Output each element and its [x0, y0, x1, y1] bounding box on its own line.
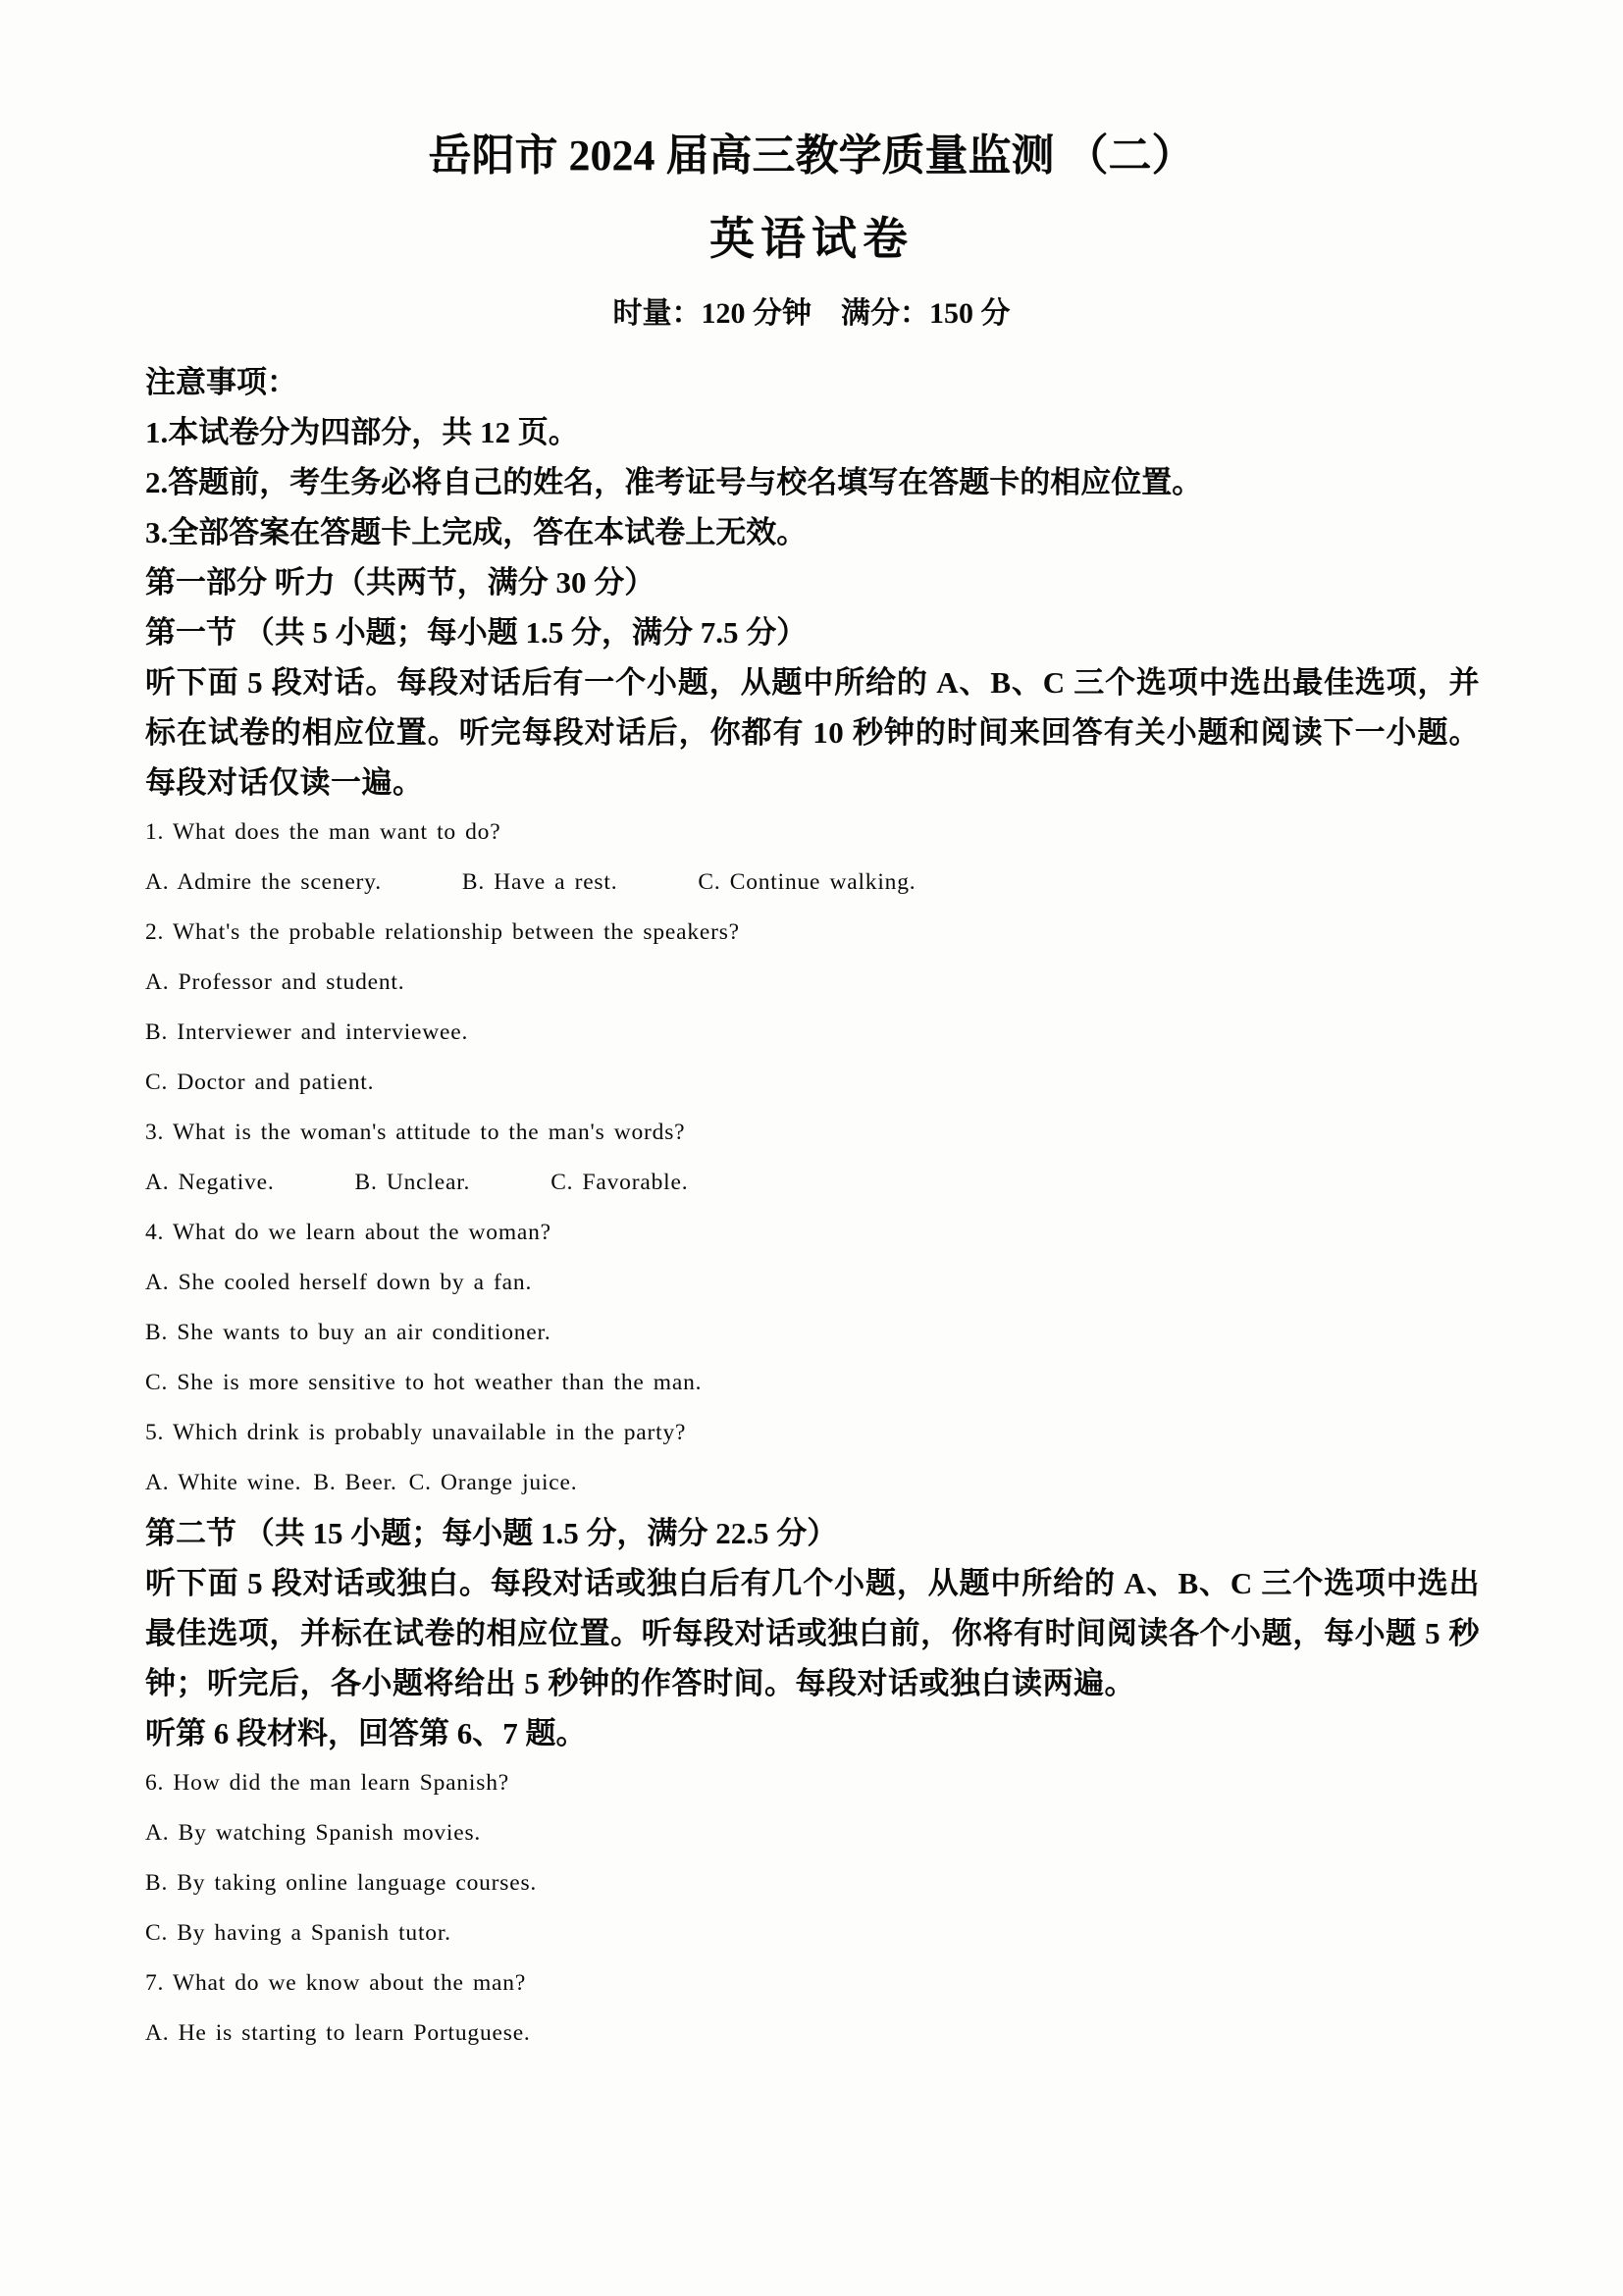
- section1-instructions: 听下面 5 段对话。每段对话后有一个小题，从题中所给的 A、B、C 三个选项中选…: [145, 657, 1480, 808]
- section2-questions: 6. How did the man learn Spanish?A. By w…: [145, 1758, 1480, 2059]
- exam-paper-page: 岳阳市 2024 届高三教学质量监测 （二） 英语试卷 时量：120 分钟 满分…: [0, 0, 1623, 2296]
- section2-material-note: 听第 6 段材料，回答第 6、7 题。: [145, 1708, 1480, 1758]
- answer-option: C. She is more sensitive to hot weather …: [145, 1358, 1480, 1408]
- question-text: 6. How did the man learn Spanish?: [145, 1758, 1480, 1808]
- page-title: 岳阳市 2024 届高三教学质量监测 （二）: [0, 128, 1623, 184]
- answer-option: B. By taking online language courses.: [145, 1858, 1480, 1908]
- page-subtitle: 英语试卷: [0, 212, 1623, 267]
- answer-option: B. Beer.: [313, 1458, 396, 1508]
- answer-option: B. Interviewer and interviewee.: [145, 1008, 1480, 1058]
- answer-option: B. She wants to buy an air conditioner.: [145, 1308, 1480, 1358]
- question-text: 1. What does the man want to do?: [145, 808, 1480, 858]
- notice-item-2: 2.答题前，考生务必将自己的姓名，准考证号与校名填写在答题卡的相应位置。: [145, 457, 1480, 507]
- notice-item-1: 1.本试卷分为四部分，共 12 页。: [145, 407, 1480, 457]
- question-text: 5. Which drink is probably unavailable i…: [145, 1408, 1480, 1458]
- exam-meta: 时量：120 分钟 满分：150 分: [0, 294, 1623, 334]
- answer-option: C. Favorable.: [550, 1158, 688, 1208]
- answer-option: C. By having a Spanish tutor.: [145, 1908, 1480, 1958]
- answer-option: C. Doctor and patient.: [145, 1058, 1480, 1108]
- question-text: 3. What is the woman's attitude to the m…: [145, 1108, 1480, 1158]
- question-text: 4. What do we learn about the woman?: [145, 1208, 1480, 1258]
- part1-heading: 第一部分 听力（共两节，满分 30 分）: [145, 557, 1480, 607]
- exam-body: 注意事项： 1.本试卷分为四部分，共 12 页。 2.答题前，考生务必将自己的姓…: [0, 357, 1623, 2059]
- section1-heading: 第一节 （共 5 小题；每小题 1.5 分，满分 7.5 分）: [145, 607, 1480, 657]
- answer-option: A. By watching Spanish movies.: [145, 1808, 1480, 1858]
- answer-option: A. White wine.: [145, 1458, 301, 1508]
- answer-option: A. He is starting to learn Portuguese.: [145, 2009, 1480, 2059]
- answer-option: A. Negative.: [145, 1158, 275, 1208]
- section2-instructions: 听下面 5 段对话或独白。每段对话或独白后有几个小题，从题中所给的 A、B、C …: [145, 1558, 1480, 1708]
- answer-option: B. Have a rest.: [462, 858, 618, 908]
- answer-option: A. Admire the scenery.: [145, 858, 382, 908]
- answer-option: A. She cooled herself down by a fan.: [145, 1258, 1480, 1308]
- section2-heading: 第二节 （共 15 小题；每小题 1.5 分，满分 22.5 分）: [145, 1508, 1480, 1558]
- notice-item-3: 3.全部答案在答题卡上完成，答在本试卷上无效。: [145, 507, 1480, 557]
- answer-option: C. Orange juice.: [409, 1458, 578, 1508]
- question-text: 2. What's the probable relationship betw…: [145, 908, 1480, 958]
- answer-option: A. Professor and student.: [145, 958, 1480, 1008]
- answer-options-row: A. White wine.B. Beer.C. Orange juice.: [145, 1458, 1480, 1508]
- section1-questions: 1. What does the man want to do?A. Admir…: [145, 808, 1480, 1508]
- answer-option: C. Continue walking.: [698, 858, 916, 908]
- answer-options-row: A. Admire the scenery.B. Have a rest.C. …: [145, 858, 1480, 908]
- answer-options-row: A. Negative.B. Unclear.C. Favorable.: [145, 1158, 1480, 1208]
- question-text: 7. What do we know about the man?: [145, 1958, 1480, 2009]
- answer-option: B. Unclear.: [355, 1158, 471, 1208]
- notice-heading: 注意事项：: [145, 357, 1480, 407]
